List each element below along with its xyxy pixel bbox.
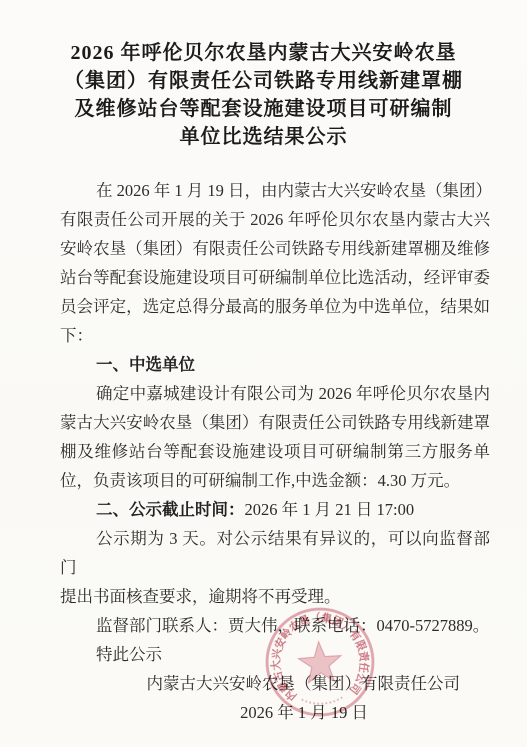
title-line-3: 及维修站台等配套设施建设项目可研编制: [30, 95, 497, 123]
paragraph-line: 有限责任公司开展的关于 2026 年呼伦贝尔农垦内蒙古大兴: [60, 205, 490, 234]
title-line-2: （集团）有限责任公司铁路专用线新建罩棚: [30, 67, 497, 95]
title-line-1: 2026 年呼伦贝尔农垦内蒙古大兴安岭农垦: [30, 39, 497, 67]
announcement-page: 2026 年呼伦贝尔农垦内蒙古大兴安岭农垦 （集团）有限责任公司铁路专用线新建罩…: [0, 0, 527, 747]
title-line-4: 单位比选结果公示: [30, 123, 497, 151]
section-one-heading: 一、中选单位: [60, 350, 490, 379]
paragraph-line: 位，负责该项目的可研编制工作,中选金额：4.30 万元。: [60, 466, 490, 495]
star-icon: [297, 640, 342, 683]
paragraph-line: 提出书面核查要求，逾期将不再受理。: [60, 582, 490, 611]
deadline-value: 2026 年 1 月 21 日 17:00: [245, 500, 415, 519]
official-seal: 内蒙古大兴安岭农垦（集团）有限责任公司: [260, 602, 380, 722]
seal-serial-arc: [302, 697, 344, 705]
paragraph-line: 公示期为 3 天。对公示结果有异议的，可以向监督部门: [60, 524, 490, 582]
paragraph-line: 蒙古大兴安岭农垦（集团）有限责任公司铁路专用线新建罩: [60, 408, 490, 437]
paragraph-line: 员会评定，选定总得分最高的服务单位为中选单位，结果如: [60, 292, 490, 321]
paragraph-line: 站台等配套设施建设项目可研编制单位比选活动，经评审委: [60, 263, 490, 292]
paragraph-line: 在 2026 年 1 月 19 日，由内蒙古大兴安岭农垦（集团）: [60, 176, 490, 205]
paragraph-line: 下：: [60, 321, 490, 350]
document-title: 2026 年呼伦贝尔农垦内蒙古大兴安岭农垦 （集团）有限责任公司铁路专用线新建罩…: [30, 39, 497, 151]
section-two-heading: 二、公示截止时间：2026 年 1 月 21 日 17:00: [60, 495, 490, 524]
paragraph-line: 确定中嘉城建设计有限公司为 2026 年呼伦贝尔农垦内: [60, 379, 490, 408]
deadline-label: 二、公示截止时间：: [96, 500, 245, 519]
paragraph-line: 棚及维修站台等配套设施建设项目可研编制第三方服务单: [60, 437, 490, 466]
paragraph-line: 安岭农垦（集团）有限责任公司铁路专用线新建罩棚及维修: [60, 234, 490, 263]
